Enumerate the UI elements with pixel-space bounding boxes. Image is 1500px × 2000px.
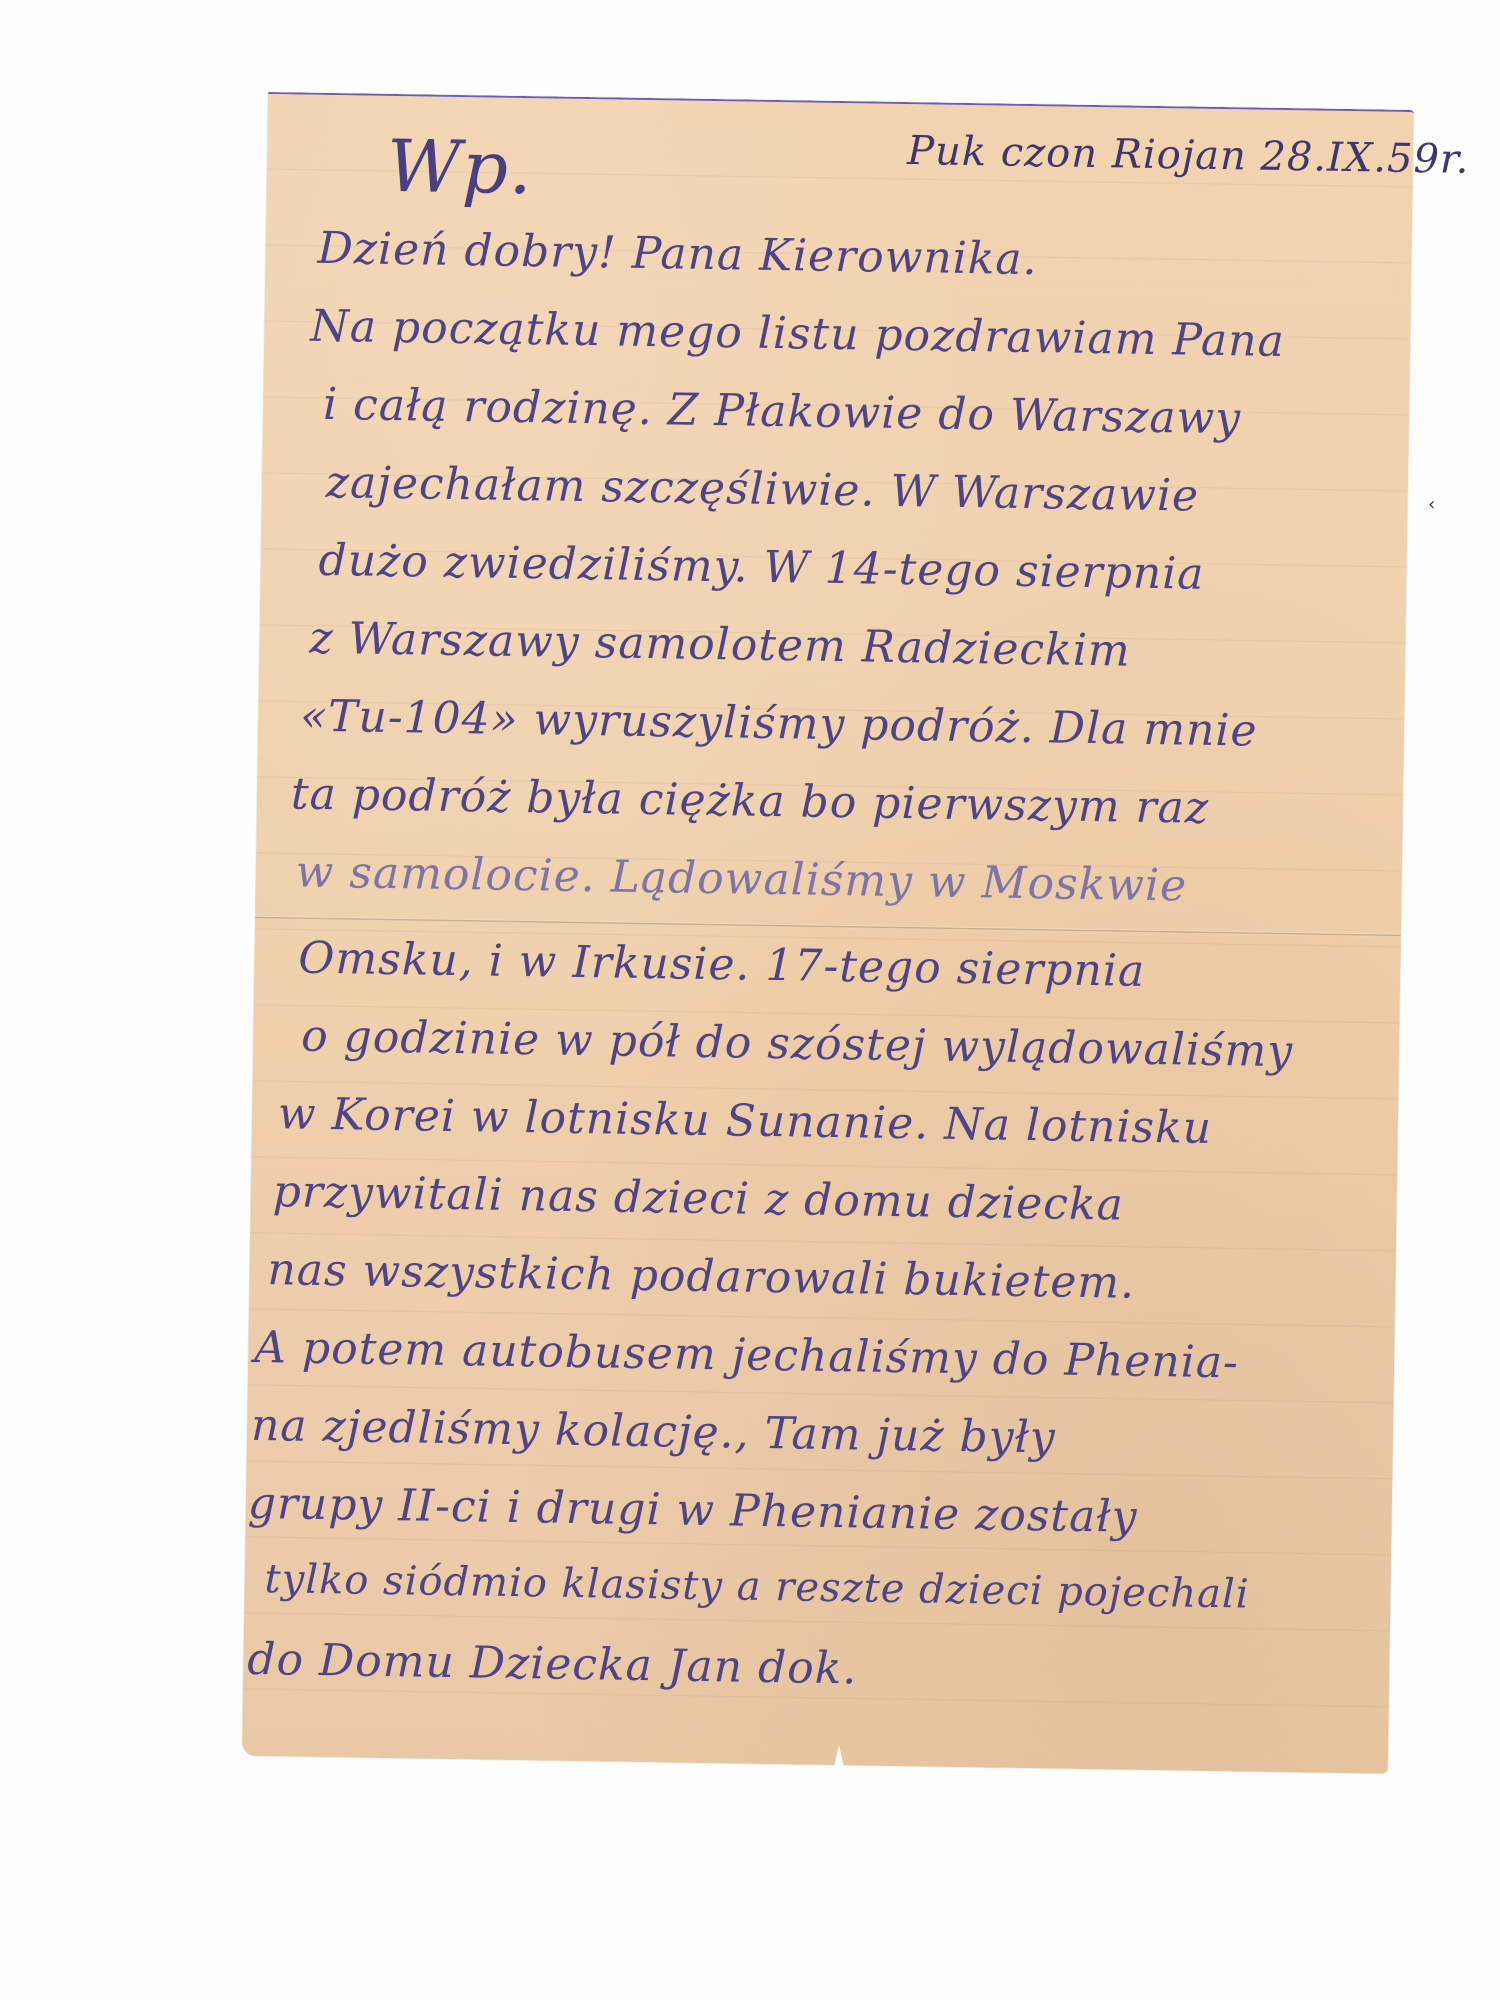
body-line: do Domu Dziecka Jan dok. bbox=[247, 1634, 858, 1695]
body-line: Omsku, i w Irkusie. 17-tego sierpnia bbox=[298, 933, 1146, 997]
body-line: A potem autobusem jechaliśmy do Phenia- bbox=[254, 1322, 1239, 1388]
body-line: «Tu-104» wyruszyliśmy podróż. Dla mnie bbox=[300, 691, 1258, 757]
body-line: Na początku mego listu pozdrawiam Pana bbox=[310, 301, 1285, 367]
stray-mark: ‹ bbox=[1428, 494, 1435, 515]
body-line: i całą rodzinę. Z Płakowie do Warszawy bbox=[323, 379, 1242, 444]
place-date: Puk czon Riojan 28.IX.59r. bbox=[907, 128, 1470, 183]
body-line: ta podróż była ciężka bo pierwszym raz bbox=[291, 768, 1210, 833]
body-line: grupy II-ci i drugi w Phenianie zostały bbox=[247, 1478, 1137, 1543]
body-line: w samolocie. Lądowaliśmy w Moskwie bbox=[295, 847, 1187, 912]
greeting-line: Dzień dobry! Pana Kierownika. bbox=[317, 223, 1038, 285]
body-line: w Korei w lotnisku Sunanie. Na lotnisku bbox=[278, 1088, 1213, 1154]
body-line: o godzinie w pół do szóstej wylądowaliśm… bbox=[301, 1011, 1294, 1078]
salutation-mark: Wp. bbox=[386, 124, 533, 210]
body-line: dużo zwiedziliśmy. W 14-tego sierpnia bbox=[318, 535, 1205, 600]
body-line: z Warszawy samolotem Radzieckim bbox=[309, 613, 1131, 677]
scan-background: Wp. Puk czon Riojan 28.IX.59r. Dzień dob… bbox=[0, 0, 1500, 2000]
body-line: tylko siódmio klasisty a reszte dzieci p… bbox=[264, 1556, 1250, 1617]
body-line: na zjedliśmy kolację., Tam już były bbox=[251, 1400, 1056, 1464]
letter-page: Wp. Puk czon Riojan 28.IX.59r. Dzień dob… bbox=[242, 92, 1414, 1774]
body-line: przywitali nas dzieci z domu dziecka bbox=[272, 1166, 1124, 1230]
body-line: nas wszystkich podarowali bukietem. bbox=[267, 1244, 1135, 1309]
body-line: zajechałam szczęśliwie. W Warszawie bbox=[325, 457, 1199, 522]
paper-tear bbox=[834, 1745, 844, 1767]
